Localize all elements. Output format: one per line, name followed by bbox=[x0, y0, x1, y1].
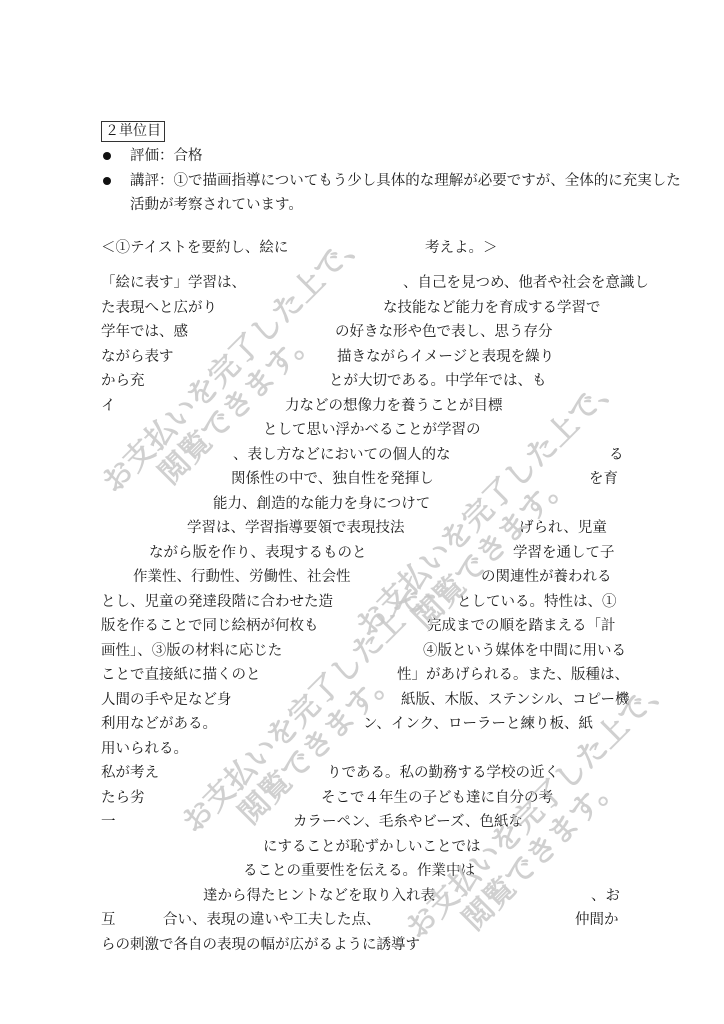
body-text-left: ながら表す bbox=[101, 347, 174, 367]
body-line: 人間の手や足など身 紙版、木版、ステンシル、コピー機 bbox=[101, 690, 621, 710]
body-line: 私が考え りである。私の勤務する学校の近く bbox=[101, 763, 621, 783]
prompt-left: ＜①テイストを要約し、絵に bbox=[101, 238, 288, 258]
body-text-right: ながら版を作り、表現するものと bbox=[149, 543, 367, 563]
body-text-far-right: げられ、児童 bbox=[519, 518, 607, 538]
body-text-right: としている。特性は、① bbox=[457, 592, 617, 612]
body-text-left: イ bbox=[101, 396, 116, 416]
body-line: 利用などがある。 ン、インク、ローラーと練り板、紙 bbox=[101, 714, 621, 734]
body-text-far-right: の関連性が養われる bbox=[481, 567, 612, 587]
body-text-right: 紙版、木版、ステンシル、コピー機 bbox=[401, 690, 630, 710]
body-text-left: 用いられる。 bbox=[101, 739, 188, 759]
review-line-1: 講評：①で描画指導についてもう少し具体的な理解が必要ですが、全体的に充実した bbox=[130, 171, 681, 191]
body-text-left: 学年では、感 bbox=[101, 322, 188, 342]
body-text-right: 、表し方などにおいての個人的な bbox=[233, 445, 451, 465]
body-text-left: 画性」、③版の材料に応じた bbox=[101, 641, 282, 661]
body-text-far-right: 学習を通して子 bbox=[513, 543, 615, 563]
body-text-left: 私が考え bbox=[101, 763, 159, 783]
body-text-right: 性」があげられる。また、版種は、 bbox=[397, 665, 629, 685]
body-line: イ 力などの想像力を養うことが目標 bbox=[101, 396, 621, 416]
bullet-icon bbox=[103, 177, 111, 185]
body-text-left: とし、児童の発達段階に合わせた造 bbox=[101, 592, 333, 612]
body-text-left: ことで直接紙に描くのと bbox=[101, 665, 261, 685]
body-text-right: 能力、創造的な能力を身につけて bbox=[213, 494, 430, 514]
document-page: ２単位目 評価：合格 講評：①で描画指導についてもう少し具体的な理解が必要ですが… bbox=[0, 0, 724, 1024]
body-line: から充 とが大切である。中学年では、も bbox=[101, 371, 621, 391]
body-text-left: 人間の手や足など身 bbox=[101, 690, 232, 710]
body-line: ながら版を作り、表現するものと 学習を通して子 bbox=[101, 543, 621, 563]
body-line: として思い浮かべることが学習の bbox=[101, 420, 621, 440]
body-text-right: 達から得たヒントなどを取り入れ表 bbox=[203, 886, 435, 906]
body-line: 学習は、学習指導要領で表現技法 げられ、児童 bbox=[101, 518, 621, 538]
prompt-line: ＜①テイストを要約し、絵に 考えよ。＞ bbox=[101, 238, 621, 258]
body-text-right: 合い、表現の違いや工夫した点、 bbox=[163, 910, 381, 930]
body-line: た表現へと広がり な技能など能力を育成する学習で bbox=[101, 298, 621, 318]
body-text-left: らの刺激で各自の表現の幅が広がるように誘導す bbox=[101, 935, 420, 955]
body-text-left: た表現へと広がり bbox=[101, 298, 217, 318]
body-line: らの刺激で各自の表現の幅が広がるように誘導す bbox=[101, 935, 621, 955]
bullet-icon bbox=[103, 152, 111, 160]
body-text-left: 一 bbox=[101, 812, 116, 832]
body-text-right: 描きながらイメージと表現を繰り bbox=[337, 347, 554, 367]
body-line: 画性」、③版の材料に応じた ④版という媒体を中間に用いる bbox=[101, 641, 621, 661]
body-line: ながら表す 描きながらイメージと表現を繰り bbox=[101, 347, 621, 367]
body-text-right: 作業性、行動性、労働性、社会性 bbox=[133, 567, 351, 587]
body-text-right: 完成までの順を踏まえる「計 bbox=[427, 616, 616, 636]
body-line: 作業性、行動性、労働性、社会性 の関連性が養われる bbox=[101, 567, 621, 587]
body-text-right: カラーペン、毛糸やビーズ、色紙な bbox=[293, 812, 523, 832]
body-text-right: にすることが恥ずかしいことでは bbox=[263, 837, 481, 857]
body-text-left: 「絵に表す」学習は、 bbox=[101, 273, 246, 293]
body-text-right: ④版という媒体を中間に用いる bbox=[423, 641, 626, 661]
unit-label-box: ２単位目 bbox=[101, 121, 165, 142]
body-text-far-right: 、お bbox=[591, 886, 620, 906]
body-text-right: 関係性の中で、独自性を発揮し bbox=[231, 469, 434, 489]
review-line-2: 活動が考察されています。 bbox=[130, 195, 303, 215]
body-line: 版を作ることで同じ絵柄が何枚も 完成までの順を踏まえる「計 bbox=[101, 616, 621, 636]
body-line: ることの重要性を伝える。作業中は bbox=[101, 861, 621, 881]
body-text-right: ることの重要性を伝える。作業中は bbox=[243, 861, 475, 881]
body-text-right: の好きな形や色で表し、思う存分 bbox=[335, 322, 553, 342]
evaluation-label: 評価：合格 bbox=[130, 146, 203, 166]
body-line: ことで直接紙に描くのと 性」があげられる。また、版種は、 bbox=[101, 665, 621, 685]
body-text-far-right: を育 bbox=[589, 469, 618, 489]
body-text-right: ン、インク、ローラーと練り板、紙 bbox=[363, 714, 593, 734]
body-text-right: りである。私の勤務する学校の近く bbox=[327, 763, 559, 783]
body-text-right: とが大切である。中学年では、も bbox=[329, 371, 547, 391]
body-line: 一 カラーペン、毛糸やビーズ、色紙な bbox=[101, 812, 621, 832]
body-text-right: 、自己を見つめ、他者や社会を意識し bbox=[403, 273, 649, 293]
body-text-left: から充 bbox=[101, 371, 145, 391]
body-text-right: として思い浮かべることが学習の bbox=[263, 420, 481, 440]
body-text-right: そこで４年生の子ども達に自分の考 bbox=[321, 788, 553, 808]
body-line: たら劣 そこで４年生の子ども達に自分の考 bbox=[101, 788, 621, 808]
body-text-right: 学習は、学習指導要領で表現技法 bbox=[187, 518, 405, 538]
body-text-left: たら劣 bbox=[101, 788, 145, 808]
body-text-right: な技能など能力を育成する学習で bbox=[383, 298, 601, 318]
body-line: 学年では、感 の好きな形や色で表し、思う存分 bbox=[101, 322, 621, 342]
body-line: とし、児童の発達段階に合わせた造 としている。特性は、① bbox=[101, 592, 621, 612]
body-text-right: 力などの想像力を養うことが目標 bbox=[285, 396, 503, 416]
body-line: 互 合い、表現の違いや工夫した点、 仲間か bbox=[101, 910, 621, 930]
body-text-left: 互 bbox=[101, 910, 116, 930]
body-line: 「絵に表す」学習は、 、自己を見つめ、他者や社会を意識し bbox=[101, 273, 621, 293]
body-line: 能力、創造的な能力を身につけて bbox=[101, 494, 621, 514]
body-text-left: 利用などがある。 bbox=[101, 714, 217, 734]
body-line: 達から得たヒントなどを取り入れ表 、お bbox=[101, 886, 621, 906]
body-text-far-right: る bbox=[609, 445, 624, 465]
body-line: 、表し方などにおいての個人的な る bbox=[101, 445, 621, 465]
prompt-right: 考えよ。＞ bbox=[425, 238, 498, 258]
body-text-left: 版を作ることで同じ絵柄が何枚も bbox=[101, 616, 319, 636]
body-line: 用いられる。 bbox=[101, 739, 621, 759]
body-line: にすることが恥ずかしいことでは bbox=[101, 837, 621, 857]
body-text-far-right: 仲間か bbox=[575, 910, 619, 930]
body-line: 関係性の中で、独自性を発揮し を育 bbox=[101, 469, 621, 489]
